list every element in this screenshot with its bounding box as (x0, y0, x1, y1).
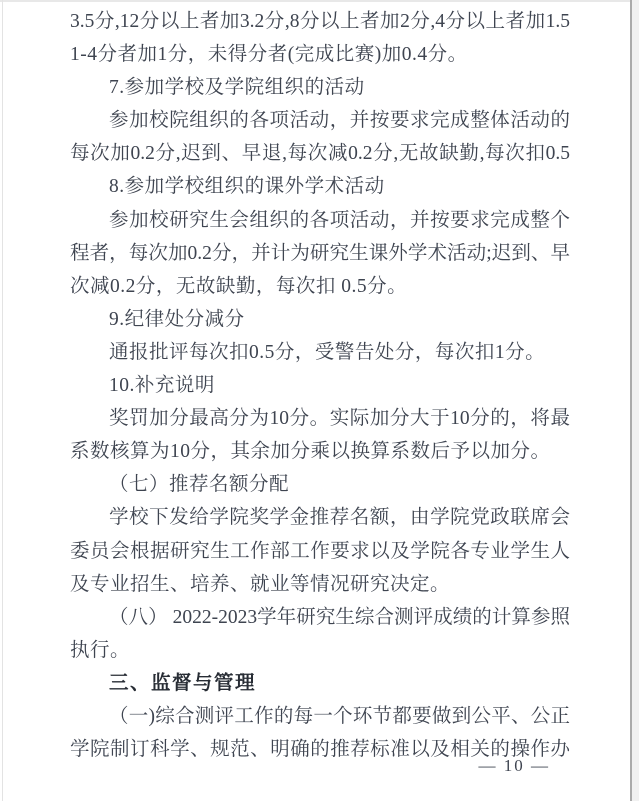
document-page: { "document": { "lines": [ {"text": "3.5… (0, 0, 639, 801)
text-line: 8.参加学校组织的课外学术活动 (70, 170, 570, 203)
text-line: 9.纪律处分减分 (70, 303, 570, 336)
page-edge-left (2, 0, 3, 801)
text-line: 3.5分,12分以上者加3.2分,8分以上者加2分,4分以上者加1.5分, (70, 5, 570, 38)
page-edge-top (0, 0, 639, 2)
text-line: 执行。 (70, 634, 570, 667)
text-line: 学校下发给学院奖学金推荐名额，由学院党政联席会议和教授 (70, 501, 570, 534)
text-line: 程者，每次加0.2分，并计为研究生课外学术活动;迟到、早退，每 (70, 237, 570, 270)
section-heading: 三、监督与管理 (70, 667, 570, 700)
text-line: 系数核算为10分，其余加分乘以换算系数后予以加分。 (70, 435, 570, 468)
text-line: 参加校研究生会组织的各项活动，并按要求完成整个活动的过 (70, 204, 570, 237)
text-line: 通报批评每次扣0.5分，受警告处分，每次扣1分。 (70, 336, 570, 369)
text-line: （一)综合测评工作的每一个环节都要做到公平、公正和公开。 (70, 700, 570, 733)
page-number: — 10 — (479, 755, 551, 777)
text-line: 参加校院组织的各项活动，并按要求完成整体活动的过程者， (70, 104, 570, 137)
text-line: （七）推荐名额分配 (70, 468, 570, 501)
text-line: 每次加0.2分,迟到、早退,每次减0.2分,无故缺勤,每次扣0.5分。 (70, 137, 570, 170)
text-line: 次减0.2分，无故缺勤，每次扣 0.5分。 (70, 270, 570, 303)
text-line: 1-4分者加1分，未得分者(完成比赛)加0.4分。 (70, 38, 570, 71)
page-edge-right (630, 0, 639, 801)
text-line: 奖罚加分最高分为10分。实际加分大于10分的，将最高分乘以 (70, 402, 570, 435)
text-line: （八） 2022-2023学年研究生综合测评成绩的计算参照本办法 (70, 601, 570, 634)
text-line: 10.补充说明 (70, 369, 570, 402)
text-line: 7.参加学校及学院组织的活动 (70, 71, 570, 104)
text-line: 委员会根据研究生工作部工作要求以及学院各专业学生人数占比 (70, 535, 570, 568)
text-line: 及专业招生、培养、就业等情况研究决定。 (70, 568, 570, 601)
document-text-block: 3.5分,12分以上者加3.2分,8分以上者加2分,4分以上者加1.5分,1-4… (70, 5, 570, 766)
